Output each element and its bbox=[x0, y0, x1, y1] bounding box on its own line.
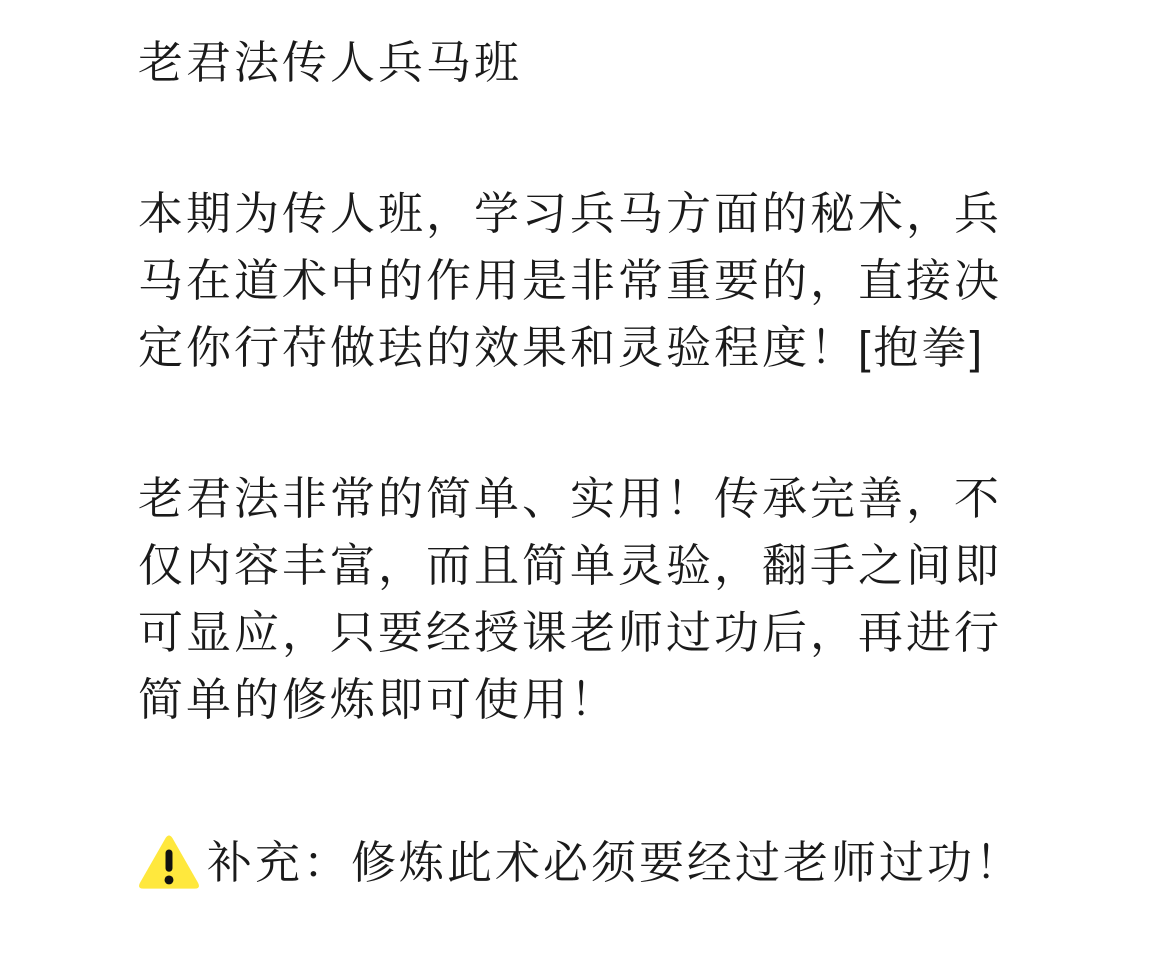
paragraph-line: 本期为传人班，学习兵马方面的秘术，兵 bbox=[138, 180, 1028, 247]
paragraph-line: 简单的修炼即可使用！ bbox=[138, 666, 1028, 733]
title-block: 老君法传人兵马班 bbox=[138, 29, 1028, 96]
note-text: 补充：修炼此术必须要经过老师过功！ bbox=[207, 829, 1023, 896]
paragraph-1: 本期为传人班，学习兵马方面的秘术，兵 马在道术中的作用是非常重要的，直接决 定你… bbox=[138, 180, 1028, 381]
paragraph-line: 可显应，只要经授课老师过功后，再进行 bbox=[138, 599, 1028, 666]
note-line: 补充：修炼此术必须要经过老师过功！ bbox=[138, 829, 1028, 896]
paragraph-line: 仅内容丰富，而且简单灵验，翻手之间即 bbox=[138, 532, 1028, 599]
warning-triangle-icon bbox=[138, 833, 200, 893]
paragraph-line: 马在道术中的作用是非常重要的，直接决 bbox=[138, 247, 1028, 314]
page-title: 老君法传人兵马班 bbox=[138, 29, 1028, 96]
paragraph-line: 定你行苻做珐的效果和灵验程度！[抱拳] bbox=[138, 314, 1028, 381]
document-page: 老君法传人兵马班 本期为传人班，学习兵马方面的秘术，兵 马在道术中的作用是非常重… bbox=[138, 29, 1028, 896]
paragraph-2: 老君法非常的简单、实用！传承完善，不 仅内容丰富，而且简单灵验，翻手之间即 可显… bbox=[138, 465, 1028, 733]
paragraph-line: 老君法非常的简单、实用！传承完善，不 bbox=[138, 465, 1028, 532]
